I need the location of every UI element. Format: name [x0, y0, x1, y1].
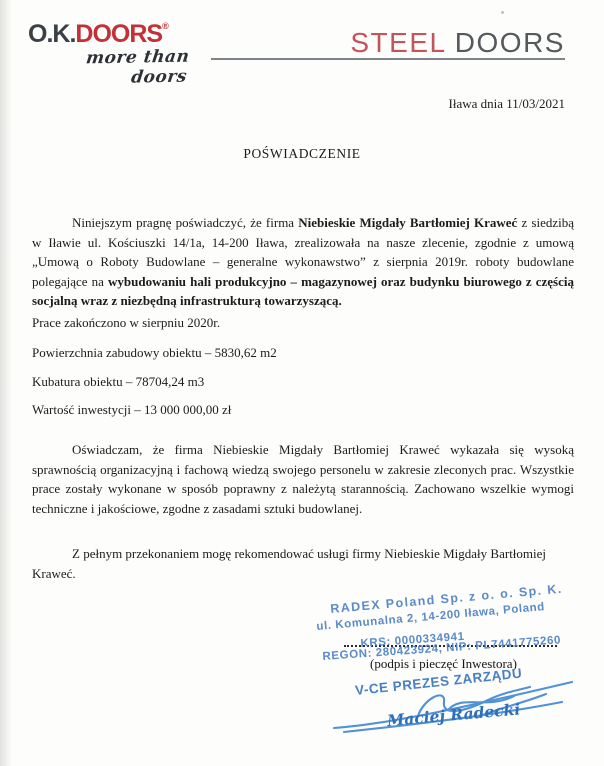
logo-wordmark: O.K.DOORS® [28, 22, 188, 47]
p1-text: Niniejszym pragnę poświadczyć, że firma [72, 215, 298, 230]
paragraph-recommendation: Z pełnym przekonaniem mogę rekomendować … [32, 544, 574, 583]
paragraph-intro: Niniejszym pragnę poświadczyć, że firma … [32, 213, 574, 311]
date-line: Iława dnia 11/03/2021 [449, 96, 566, 112]
header-divider [211, 58, 565, 60]
document-title: POŚWIADCZENIE [0, 146, 604, 162]
company-logo: O.K.DOORS® more than doors [28, 22, 188, 88]
steel-word: STEEL [350, 27, 445, 58]
logo-prefix: O.K. [28, 20, 75, 48]
scan-speck [501, 11, 504, 14]
registered-trademark-icon: ® [162, 21, 169, 31]
signature-scrawl [330, 672, 575, 736]
doors-word: DOORS [446, 27, 565, 58]
paragraph-completion-date: Prace zakończono w sierpniu 2020r. [32, 313, 574, 333]
p1-scope-bold: wybudowaniu hali produkcyjno – magazynow… [32, 274, 574, 309]
logo-brand: DOORS [75, 20, 162, 48]
metric-built-area: Powierzchnia zabudowy obiektu – 5830,62 … [32, 345, 277, 361]
scanner-edge-shadow [0, 0, 12, 766]
p1-company-name: Niebieskie Migdały Bartłomiej Kraweć [298, 215, 517, 230]
logo-tagline: more than doors [25, 47, 190, 90]
scanned-document-page: O.K.DOORS® more than doors STEEL DOORS I… [0, 0, 604, 766]
metric-investment-value: Wartość inwestycji – 13 000 000,00 zł [32, 402, 231, 418]
steel-doors-wordmark: STEEL DOORS [350, 27, 565, 59]
paragraph-statement: Oświadczam, że firma Niebieskie Migdały … [32, 440, 574, 518]
metric-cubature: Kubatura obiektu – 78704,24 m3 [32, 374, 204, 390]
